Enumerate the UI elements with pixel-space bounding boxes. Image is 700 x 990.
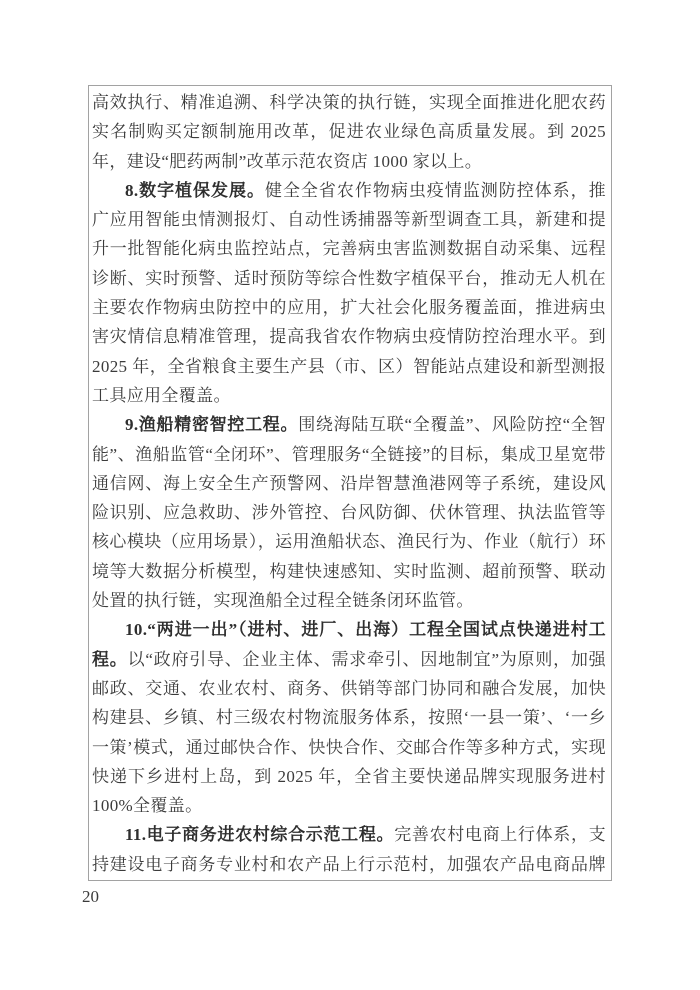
paragraph-heading: 10.“两进一出”（进村、进厂、出海）工程全国试点快递进村工程。	[92, 620, 606, 668]
document-body: 高效执行、精准追溯、科学决策的执行链，实现全面推进化肥农药实名制购买定额制施用改…	[92, 88, 606, 881]
paragraph-heading: 11.电子商务进农村综合示范工程。	[125, 825, 394, 844]
paragraph: 9.渔船精密智控工程。围绕海陆互联“全覆盖”、风险防控“全智能”、渔船监管“全闭…	[92, 410, 606, 615]
paragraph: 10.“两进一出”（进村、进厂、出海）工程全国试点快递进村工程。以“政府引导、企…	[92, 615, 606, 820]
paragraph-heading: 9.渔船精密智控工程。	[125, 415, 298, 434]
paragraph: 11.电子商务进农村综合示范工程。完善农村电商上行体系，支持建设电子商务专业村和…	[92, 820, 606, 881]
paragraph-heading: 8.数字植保发展。	[125, 181, 265, 200]
document-page: 高效执行、精准追溯、科学决策的执行链，实现全面推进化肥农药实名制购买定额制施用改…	[0, 0, 700, 990]
paragraph: 高效执行、精准追溯、科学决策的执行链，实现全面推进化肥农药实名制购买定额制施用改…	[92, 88, 606, 176]
page-number: 20	[82, 887, 99, 907]
paragraph: 8.数字植保发展。健全全省农作物病虫疫情监测防控体系，推广应用智能虫情测报灯、自…	[92, 176, 606, 410]
text-frame: 高效执行、精准追溯、科学决策的执行链，实现全面推进化肥农药实名制购买定额制施用改…	[88, 85, 612, 881]
